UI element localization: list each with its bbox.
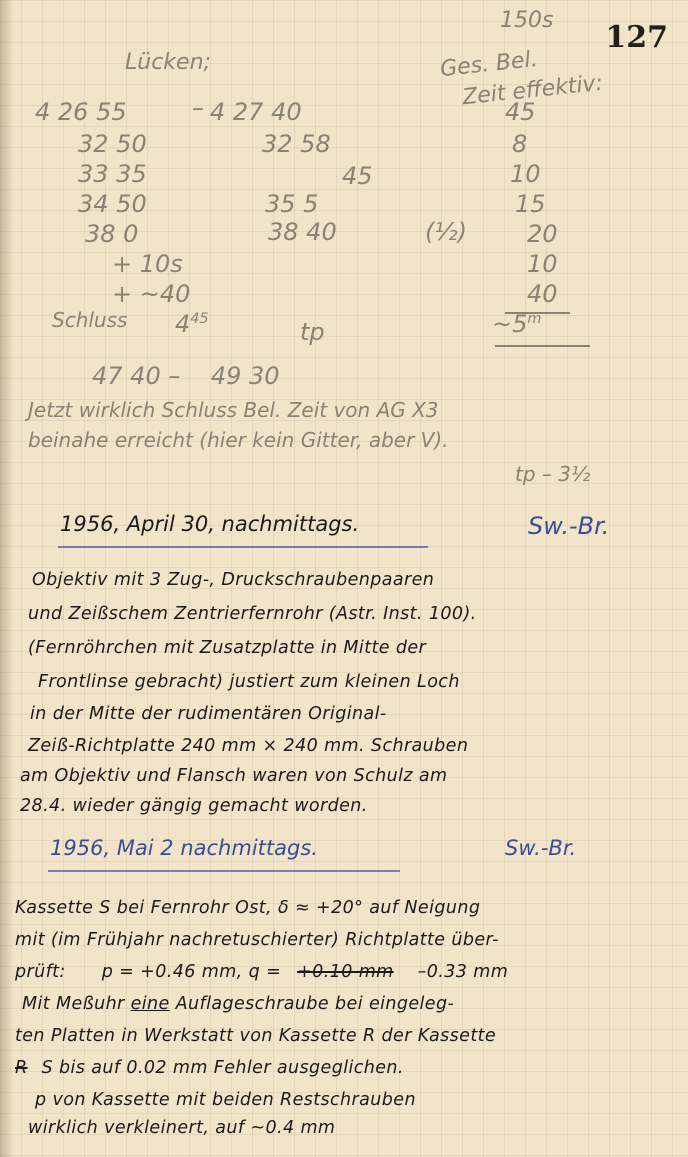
row-5-start: 38 0: [85, 220, 138, 248]
page-number: 127: [605, 20, 668, 55]
entry-1-line-4: Frontlinse gebracht) justiert zum kleine…: [38, 672, 460, 692]
row-6-addition: + 10s: [112, 250, 183, 278]
entry-2-line-5: ten Platten in Werkstatt von Kassette R …: [15, 1026, 496, 1046]
row-3-start: 33 35: [78, 160, 147, 188]
row-1-end: 4 27 40: [210, 98, 302, 126]
row-1-start: 4 26 55: [35, 98, 127, 126]
interval: 47 40 – 49 30: [92, 362, 280, 390]
entry-1-line-1: Objektiv mit 3 Zug-, Druckschraubenpaare…: [32, 570, 434, 590]
entry-2-line-1: Kassette S bei Fernrohr Ost, δ ≈ +20° au…: [15, 898, 480, 918]
row-5-effective: 20: [527, 220, 558, 248]
entry-1-line-5: in der Mitte der rudimentären Original-: [30, 704, 387, 724]
line-4-underlined: eine: [131, 994, 170, 1014]
exposure-heading-1: Ges. Bel.: [439, 47, 539, 82]
row-2-start: 32 50: [78, 130, 147, 158]
line-6-struck: R: [15, 1058, 28, 1078]
total-line: [495, 345, 590, 347]
row-5-fraction: (½): [425, 218, 467, 246]
line-6-rest: S bis auf 0.02 mm Fehler ausgeglichen.: [42, 1058, 404, 1078]
entry-2-underline: [48, 870, 400, 872]
entry-2-initials: Sw.-Br.: [505, 836, 576, 860]
row-4-end: 35 5: [265, 190, 318, 218]
entry-1-line-6: Zeiß-Richtplatte 240 mm × 240 mm. Schrau…: [28, 736, 468, 756]
entry-2-date: 1956, Mai 2 nachmittags.: [50, 836, 318, 860]
pencil-note-tp: tp – 3½: [515, 462, 590, 486]
gaps-heading: Lücken;: [125, 50, 211, 75]
row-7-effective: 40: [527, 280, 558, 308]
row-2-effective: 8: [512, 130, 527, 158]
row-1-effective: 45: [505, 98, 536, 126]
p-value: p = +0.46 mm, q =: [102, 962, 281, 982]
row-7-addition: + ~40: [112, 280, 190, 308]
row-2-end: 32 58: [262, 130, 331, 158]
entry-2-line-3: prüft: p = +0.46 mm, q = +0.10 mm –0.33 …: [15, 962, 508, 982]
row-5-end: 38 40: [268, 218, 337, 246]
entry-1-line-3: (Fernröhrchen mit Zusatzplatte in Mitte …: [28, 638, 426, 658]
schluss-time: 445: [175, 310, 209, 338]
line-4-pre: Mit Meßuhr: [22, 994, 131, 1014]
total-effective: ~5m: [492, 310, 541, 338]
schluss-label: Schluss: [52, 308, 127, 332]
entry-1-date: 1956, April 30, nachmittags.: [60, 512, 359, 536]
row-3-end: 45: [342, 162, 373, 190]
entry-1-underline: [58, 546, 428, 548]
entry-2-line-7: p von Kassette mit beiden Restschrauben: [35, 1090, 416, 1110]
entry-1-line-8: 28.4. wieder gängig gemacht worden.: [20, 796, 368, 816]
notebook-page: 127 150s Lücken; Ges. Bel. Zeit effektiv…: [0, 0, 688, 1157]
q-value: –0.33 mm: [418, 962, 509, 982]
entry-1-line-2: und Zeißschem Zentrierfernrohr (Astr. In…: [28, 604, 477, 624]
top-annotation: 150s: [500, 8, 553, 33]
row-4-effective: 15: [515, 190, 546, 218]
row-4-start: 34 50: [78, 190, 147, 218]
pencil-note-line-2: beinahe erreicht (hier kein Gitter, aber…: [28, 428, 449, 452]
entry-2-line-4: Mit Meßuhr eine Auflageschraube bei eing…: [22, 994, 454, 1014]
line-3-prefix: prüft:: [15, 962, 66, 982]
row-3-effective: 10: [510, 160, 541, 188]
entry-2-line-6: R S bis auf 0.02 mm Fehler ausgeglichen.: [15, 1058, 404, 1078]
row-6-effective: 10: [527, 250, 558, 278]
entry-2-line-8: wirklich verkleinert, auf ~0.4 mm: [28, 1118, 335, 1138]
pencil-note-line-1: Jetzt wirklich Schluss Bel. Zeit von AG …: [28, 398, 439, 422]
row-1-dash: –: [192, 94, 204, 122]
q-struck-value: +0.10 mm: [297, 962, 394, 982]
entry-1-initials: Sw.-Br.: [528, 512, 609, 540]
entry-2-line-2: mit (im Frühjahr nachretuschierter) Rich…: [15, 930, 499, 950]
line-4-post: Auflageschraube bei eingeleg-: [170, 994, 454, 1014]
entry-1-line-7: am Objektiv und Flansch waren von Schulz…: [20, 766, 447, 786]
tp-label: tp: [300, 318, 325, 346]
